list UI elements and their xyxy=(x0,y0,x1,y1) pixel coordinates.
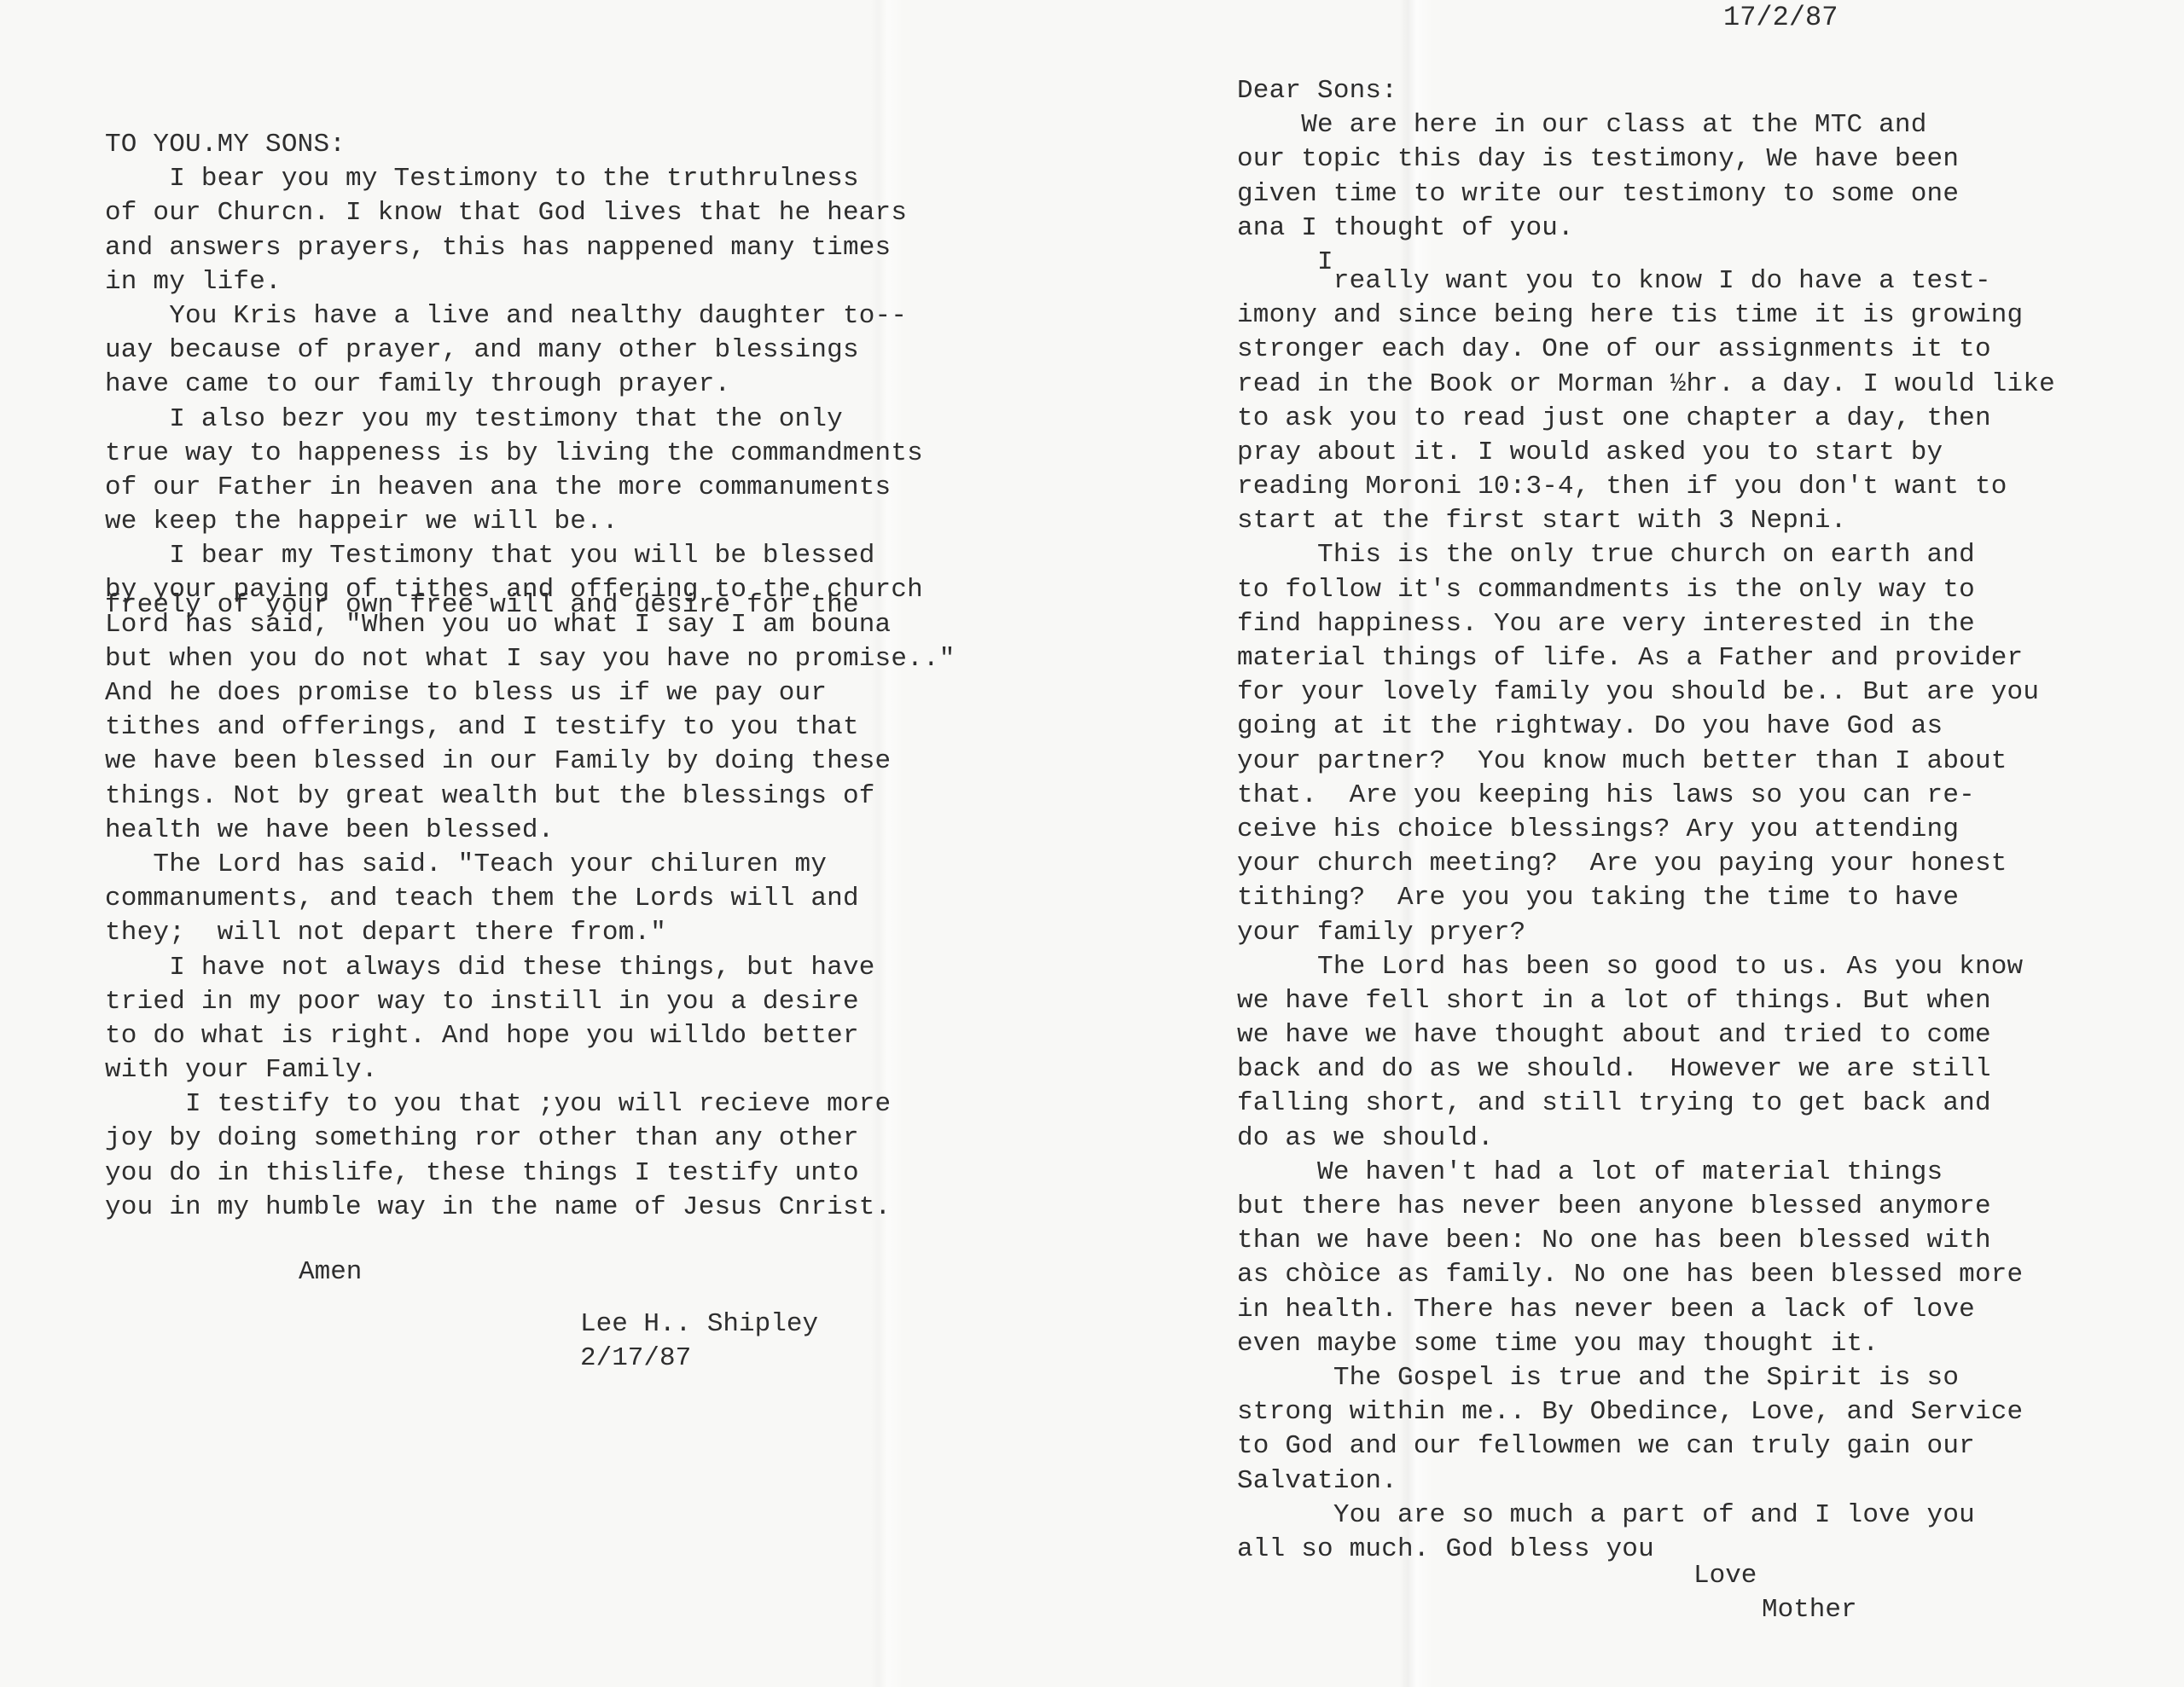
text-line: find happiness. You are very interested … xyxy=(1237,607,2055,641)
text-line: to God and our fellowmen we can truly ga… xyxy=(1237,1429,2055,1464)
text-line: You are so much a part of and I love you xyxy=(1237,1499,2055,1533)
text-line: as chòice as family. No one has been ble… xyxy=(1237,1258,2055,1292)
text-line: in health. There has never been a lack o… xyxy=(1237,1293,2055,1327)
text-line: commanuments, and teach them the Lords w… xyxy=(105,882,955,916)
text-line: of our Father in heaven ana the more com… xyxy=(105,471,955,505)
text-line: This is the only true church on earth an… xyxy=(1237,538,2055,572)
text-line: given time to write our testimony to som… xyxy=(1237,177,2055,212)
text-line: we keep the happeir we will be.. xyxy=(105,505,955,539)
text-line: The Gospel is true and the Spirit is so xyxy=(1237,1361,2055,1395)
text-line: your church meeting? Are you paying your… xyxy=(1237,847,2055,881)
left-letter-signature-name: Lee H.. Shipley xyxy=(580,1309,818,1339)
left-letter-salutation: TO YOU.MY SONS: xyxy=(105,128,955,162)
text-line: going at it the rightway. Do you have Go… xyxy=(1237,710,2055,744)
text-line-overstrike: by your paying of tithes and offering to… xyxy=(105,573,955,607)
text-line: I bear you my Testimony to the truthruln… xyxy=(105,162,955,196)
text-line: I also bezr you my testimony that the on… xyxy=(105,403,955,437)
text-line-overtyped: freely of your own free will and desire … xyxy=(105,588,859,623)
text-line: we have fell short in a lot of things. B… xyxy=(1237,984,2055,1018)
text-line: I xyxy=(1237,246,2055,264)
text-line: read in the Book or Morman ½hr. a day. I… xyxy=(1237,368,2055,402)
text-line: they; will not depart there from." xyxy=(105,916,955,950)
text-line: do as we should. xyxy=(1237,1122,2055,1156)
right-letter-body: Dear Sons: We are here in our class at t… xyxy=(1237,74,2055,1567)
text-line: have came to our family through prayer. xyxy=(105,368,955,402)
text-line: tried in my poor way to instill in you a… xyxy=(105,985,955,1019)
text-line: of our Churcn. I know that God lives tha… xyxy=(105,196,955,230)
text-line: we have we have thought about and tried … xyxy=(1237,1018,2055,1052)
text-line: I have not always did these things, but … xyxy=(105,951,955,985)
right-letter-closing: Love xyxy=(1693,1561,1757,1591)
text-line: You Kris have a live and nealthy daughte… xyxy=(105,299,955,333)
text-line: ana I thought of you. xyxy=(1237,212,2055,246)
text-line: falling short, and still trying to get b… xyxy=(1237,1087,2055,1121)
text-line: with your Family. xyxy=(105,1053,955,1087)
text-line: stronger each day. One of our assignment… xyxy=(1237,333,2055,367)
text-line: but when you do not what I say you have … xyxy=(105,642,955,676)
right-letter-date: 17/2/87 xyxy=(1723,2,1838,33)
text-line: but there has never been anyone blessed … xyxy=(1237,1190,2055,1224)
text-line: in my life. xyxy=(105,265,955,299)
text-line: all so much. God bless you xyxy=(1237,1533,2055,1567)
text-line: your family pryer? xyxy=(1237,916,2055,950)
text-line: start at the first start with 3 Nepni. xyxy=(1237,504,2055,538)
text-line: things. Not by great wealth but the bles… xyxy=(105,780,955,814)
text-line: even maybe some time you may thought it. xyxy=(1237,1327,2055,1361)
text-line: than we have been: No one has been bless… xyxy=(1237,1224,2055,1258)
text-line: health we have been blessed. xyxy=(105,814,955,848)
text-line: The Lord has been so good to us. As you … xyxy=(1237,950,2055,984)
text-line: We are here in our class at the MTC and xyxy=(1237,108,2055,142)
text-line: reading Moroni 10:3-4, then if you don't… xyxy=(1237,470,2055,504)
right-letter-signature: Mother xyxy=(1762,1595,1857,1625)
text-line: back and do as we should. However we are… xyxy=(1237,1052,2055,1087)
text-line: really want you to know I do have a test… xyxy=(1237,264,2055,299)
text-line: for your lovely family you should be.. B… xyxy=(1237,675,2055,710)
text-line: I testify to you that ;you will recieve … xyxy=(105,1087,955,1122)
text-line: you do in thislife, these things I testi… xyxy=(105,1157,955,1191)
text-line: The Lord has said. "Teach your chiluren … xyxy=(105,848,955,882)
text-line: to ask you to read just one chapter a da… xyxy=(1237,402,2055,436)
right-letter-salutation: Dear Sons: xyxy=(1237,74,2055,108)
text-line: material things of life. As a Father and… xyxy=(1237,641,2055,675)
text-line: your partner? You know much better than … xyxy=(1237,745,2055,779)
text-line: you in my humble way in the name of Jesu… xyxy=(105,1191,955,1225)
text-line: ceive his choice blessings? Ary you atte… xyxy=(1237,813,2055,847)
text-line: Salvation. xyxy=(1237,1464,2055,1499)
text-line: tithing? Are you you taking the time to … xyxy=(1237,881,2055,915)
left-letter-closing: Amen xyxy=(299,1257,362,1287)
text-line: tithes and offerings, and I testify to y… xyxy=(105,710,955,745)
text-line: to do what is right. And hope you willdo… xyxy=(105,1019,955,1053)
text-line: uay because of prayer, and many other bl… xyxy=(105,333,955,368)
text-line: our topic this day is testimony, We have… xyxy=(1237,142,2055,177)
text-line: true way to happeness is by living the c… xyxy=(105,437,955,471)
text-line: and answers prayers, this has nappened m… xyxy=(105,231,955,265)
text-line: that. Are you keeping his laws so you ca… xyxy=(1237,779,2055,813)
text-line: imony and since being here tis time it i… xyxy=(1237,299,2055,333)
text-line: And he does promise to bless us if we pa… xyxy=(105,676,955,710)
text-line: to follow it's commandments is the only … xyxy=(1237,573,2055,607)
text-line: strong within me.. By Obedince, Love, an… xyxy=(1237,1395,2055,1429)
left-letter-signature-date: 2/17/87 xyxy=(580,1343,691,1373)
text-line: we have been blessed in our Family by do… xyxy=(105,745,955,779)
text-line: joy by doing something ror other than an… xyxy=(105,1122,955,1156)
text-line: pray about it. I would asked you to star… xyxy=(1237,436,2055,470)
left-letter-body: TO YOU.MY SONS: I bear you my Testimony … xyxy=(105,128,955,1225)
text-line: We haven't had a lot of material things xyxy=(1237,1156,2055,1190)
text-line: I bear my Testimony that you will be ble… xyxy=(105,539,955,573)
